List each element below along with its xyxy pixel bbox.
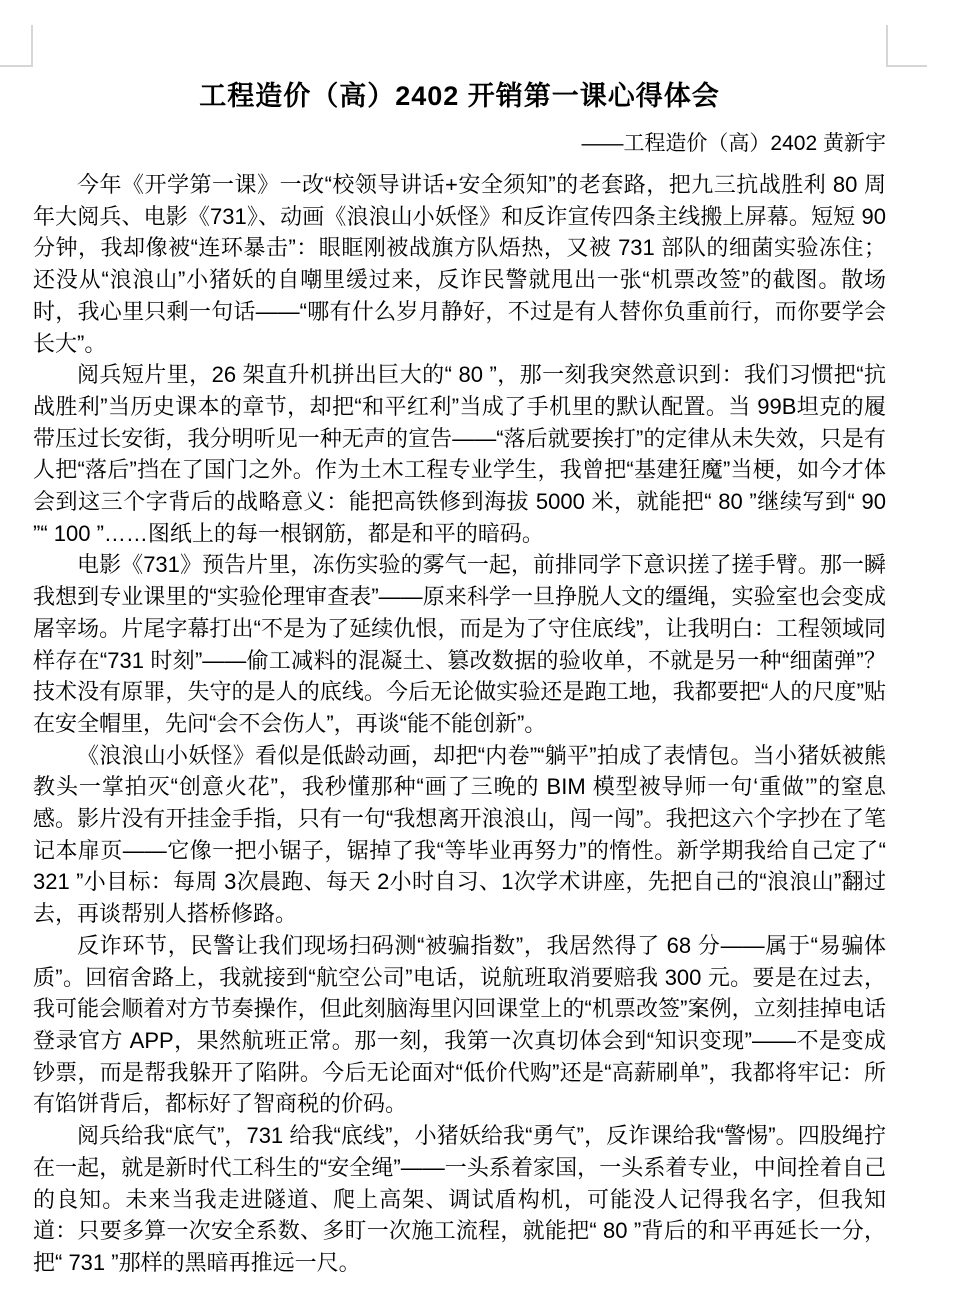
document-title: 工程造价（高）2402 开销第一课心得体会: [33, 80, 886, 112]
text-boundary-corner-mark-top-right: [886, 25, 927, 67]
body-paragraph: 反诈环节，民警让我们现场扫码测“被骗指数”，我居然得了 68 分——属于“易骗体…: [33, 930, 886, 1120]
document-byline: ——工程造价（高）2402 黄新宇: [33, 131, 886, 157]
document-page: 工程造价（高）2402 开销第一课心得体会 ——工程造价（高）2402 黄新宇 …: [0, 0, 970, 1316]
document-body: 今年《开学第一课》一改“校领导讲话+安全须知”的老套路，把九三抗战胜利 80 周…: [33, 169, 886, 1279]
body-paragraph: 阅兵给我“底气”，731 给我“底线”，小猪妖给我“勇气”，反诈课给我“警惕”。…: [33, 1120, 886, 1279]
document-content: 工程造价（高）2402 开销第一课心得体会 ——工程造价（高）2402 黄新宇 …: [33, 0, 886, 1279]
text-boundary-corner-mark-top-left: [0, 25, 33, 67]
body-paragraph: 《浪浪山小妖怪》看似是低龄动画，却把“内卷”“躺平”拍成了表情包。当小猪妖被熊教…: [33, 740, 886, 930]
body-paragraph: 阅兵短片里，26 架直升机拼出巨大的“ 80 ”，那一刻我突然意识到：我们习惯把…: [33, 359, 886, 549]
body-paragraph: 电影《731》预告片里，冻伤实验的雾气一起，前排同学下意识搓了搓手臂。那一瞬我想…: [33, 549, 886, 739]
body-paragraph: 今年《开学第一课》一改“校领导讲话+安全须知”的老套路，把九三抗战胜利 80 周…: [33, 169, 886, 359]
